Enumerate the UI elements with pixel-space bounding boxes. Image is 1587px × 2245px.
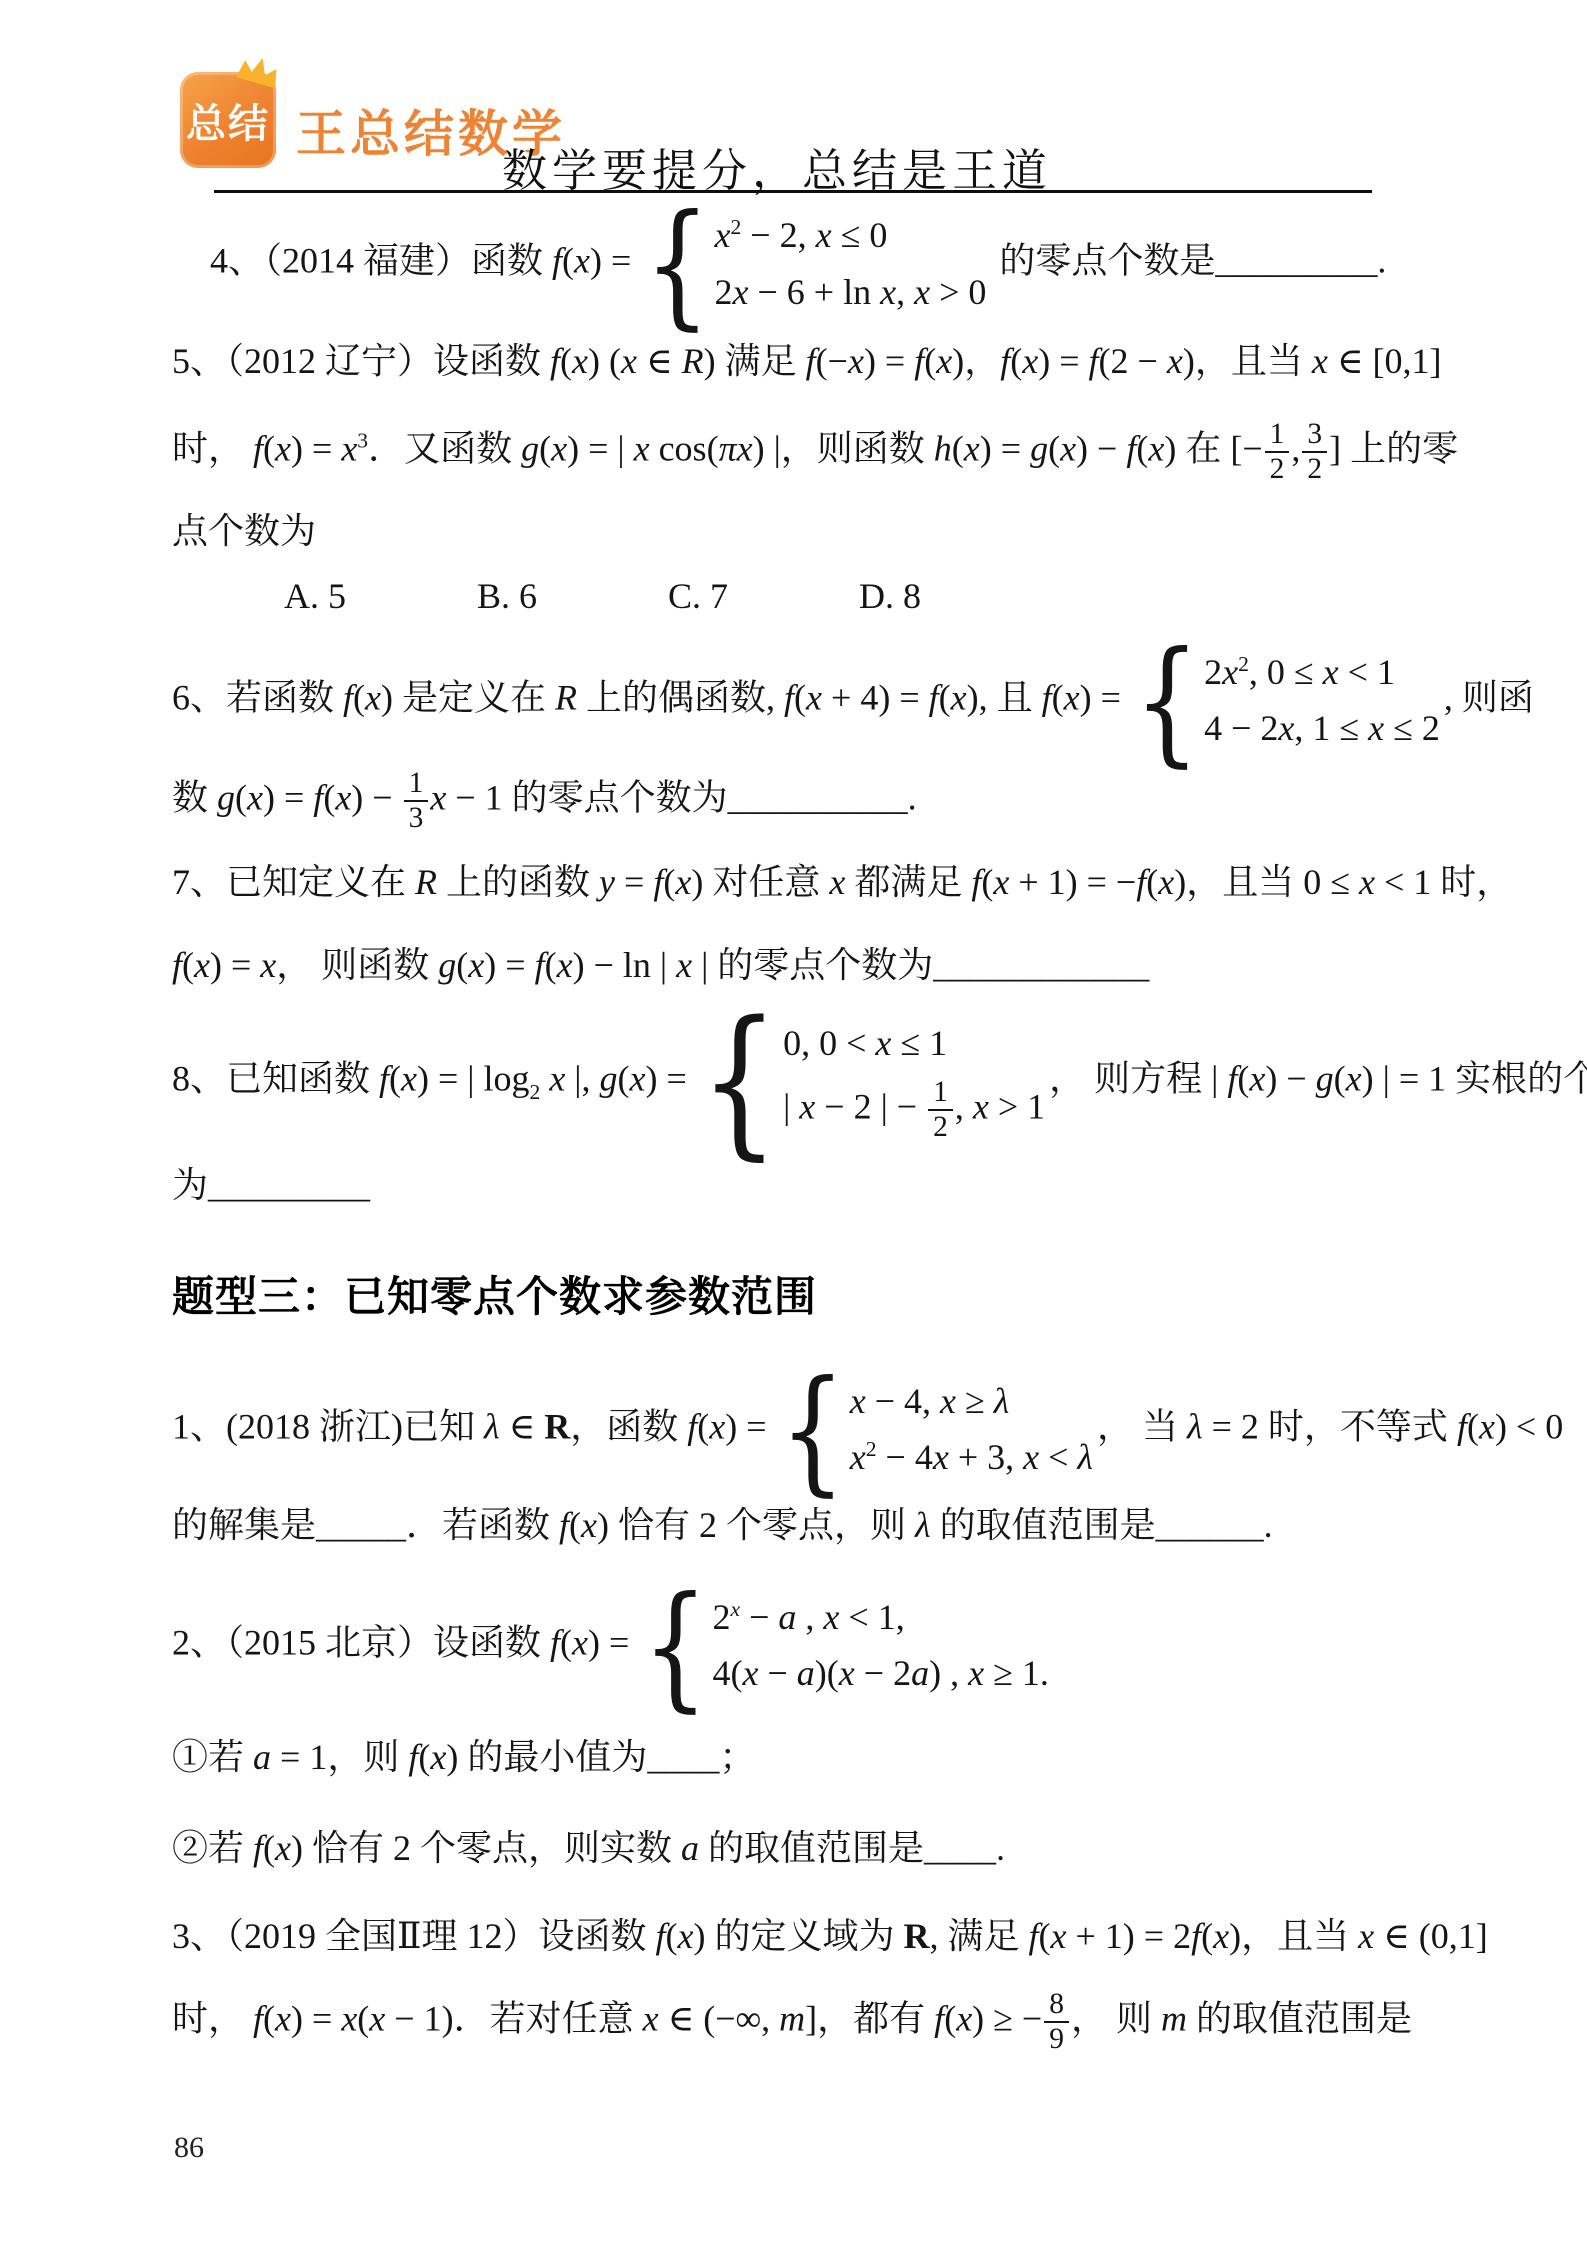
subscript: 2 <box>530 1080 541 1104</box>
fraction: 12 <box>926 1076 955 1144</box>
bold-run: R <box>544 1406 570 1446</box>
text-run: ( <box>618 1058 630 1098</box>
math-run: x <box>275 1828 291 1868</box>
text-run: ( <box>1136 428 1148 468</box>
text-run: ) − <box>351 777 401 817</box>
text-run: 7、已知定义在 <box>172 862 415 902</box>
text-run: ( <box>666 1916 678 1956</box>
math-run: a <box>778 1597 796 1637</box>
math-run: x <box>430 777 446 817</box>
math-run: f <box>313 777 323 817</box>
text-run: ) = <box>291 428 341 468</box>
math-run: x <box>581 1505 597 1545</box>
text-run: , 则函 <box>1444 677 1534 717</box>
text-run: 2 <box>713 1597 731 1637</box>
text-run: = 2 时，不等式 <box>1203 1406 1457 1446</box>
text-run: < <box>1039 1437 1077 1477</box>
math-run: x <box>968 1653 984 1693</box>
math-run: f <box>1227 1058 1237 1098</box>
text-run: ) 在 [− <box>1164 428 1262 468</box>
text-run: ∈ (0,1] <box>1374 1916 1488 1956</box>
text-run: )，且当 <box>1183 341 1312 381</box>
math-run: a <box>681 1828 699 1868</box>
text-run: | 的零点个数为 <box>692 945 933 985</box>
text-run: 时， <box>172 428 253 468</box>
math-run: f <box>1029 1916 1039 1956</box>
text-run: )，且当 0 ≤ <box>1174 862 1359 902</box>
math-run: f <box>971 862 981 902</box>
text-run: 2 <box>1204 652 1222 692</box>
text-run: ； <box>719 1737 755 1777</box>
math-run: x <box>715 215 731 255</box>
math-run: a <box>911 1653 929 1693</box>
section3-problem-3-line-2: 时， f(x) = x(x − 1)．若对任意 x ∈ (−∞, m]，都有 f… <box>172 1988 1440 2056</box>
math-run: f <box>687 1406 697 1446</box>
text-run: 数 <box>172 777 217 817</box>
math-run: x <box>260 945 276 985</box>
text-run: (− <box>816 341 848 381</box>
text-run: cos( <box>650 428 719 468</box>
text-run: < 1 <box>1339 652 1395 692</box>
math-run: x <box>621 341 637 381</box>
text-run: ， 则 <box>1071 1998 1161 2038</box>
math-run: g <box>521 428 539 468</box>
text-run: ) = <box>590 240 640 280</box>
cases-rows: 0, 0 < x ≤ 1| x − 2 | − 12, x > 1 <box>783 1020 1045 1145</box>
text-run: ( <box>263 428 275 468</box>
problem-5-line-2: 时， f(x) = x3．又函数 g(x) = | x cos(πx) |，则函… <box>172 418 1440 486</box>
math-run: f <box>1191 1916 1201 1956</box>
math-run: x <box>806 677 822 717</box>
denominator: 9 <box>1044 2023 1069 2056</box>
text-run: ) − ln | <box>573 945 677 985</box>
text-run: < 1, <box>839 1597 904 1637</box>
text-run: , 满足 <box>929 1916 1028 1956</box>
text-run: 4、（2014 福建）函数 <box>210 240 552 280</box>
text-run: 8、已知函数 <box>172 1058 379 1098</box>
text-run: − 2 | − <box>815 1087 926 1127</box>
math-run: R <box>682 341 704 381</box>
problem-5-options: A. 5 B. 6 C. 7 D. 8 <box>172 573 1440 621</box>
text-run: − <box>740 1597 778 1637</box>
text-run: . <box>908 777 917 817</box>
page-number: 86 <box>174 2131 204 2165</box>
text-run: ．又函数 <box>368 428 521 468</box>
math-run: x <box>936 341 952 381</box>
math-run: f <box>550 341 560 381</box>
text-run: ) − <box>1076 428 1126 468</box>
text-run: + 3, <box>949 1437 1023 1477</box>
math-run: f <box>379 1058 389 1098</box>
text-run: ①若 <box>172 1737 253 1777</box>
answer-blank: ____________ <box>933 945 1149 985</box>
cases-row: 0, 0 < x ≤ 1 <box>783 1020 1045 1068</box>
text-run: ) ( <box>588 341 621 381</box>
text-run: 时， <box>172 1998 253 2038</box>
math-run: f <box>552 240 562 280</box>
math-run: x <box>369 1998 385 2038</box>
cases-row: 4(x − a)(x − 2a) , x ≥ 1. <box>713 1650 1049 1698</box>
math-run: x <box>964 428 980 468</box>
superscript: 3 <box>357 428 368 452</box>
text-run: ( <box>924 341 936 381</box>
math-run: x <box>848 341 864 381</box>
cases-rows: 2x2, 0 ≤ x < 14 − 2x, 1 ≤ x ≤ 2 <box>1204 649 1440 753</box>
text-run: )， <box>952 341 1000 381</box>
text-run: = 1，则 <box>271 1737 408 1777</box>
cases-rows: 2x − a , x < 1,4(x − a)(x − 2a) , x ≥ 1. <box>713 1594 1049 1698</box>
text-run: ≥ <box>956 1381 994 1421</box>
cases-row: 2x − 6 + ln x, x > 0 <box>715 269 987 317</box>
text-run: − <box>758 1653 796 1693</box>
text-run: ]，都有 <box>805 1998 934 2038</box>
math-run: f <box>408 1737 418 1777</box>
problem-7-line-1: 7、已知定义在 R 上的函数 y = f(x) 对任意 x 都满足 f(x + … <box>172 859 1440 907</box>
text-run: ， 则方程 | <box>1049 1058 1227 1098</box>
header-divider <box>214 190 1372 193</box>
text-run: 为 <box>172 1165 208 1205</box>
math-run: x <box>1479 1406 1495 1446</box>
text-run: > 0 <box>930 272 986 312</box>
text-run: ( <box>456 945 468 985</box>
text-run: 点个数为 <box>172 511 316 551</box>
math-run: x <box>956 1998 972 2038</box>
text-run: 5、（2012 辽宁）设函数 <box>172 341 550 381</box>
math-run: R <box>555 677 577 717</box>
text-run: ) = <box>588 1622 638 1662</box>
text-run: 6、若函数 <box>172 677 343 717</box>
math-run: x <box>1323 652 1339 692</box>
numerator: 8 <box>1044 1988 1069 2023</box>
math-run: x <box>1222 652 1238 692</box>
text-run: 2、（2015 北京）设函数 <box>172 1622 550 1662</box>
problem-6-line-2: 数 g(x) = f(x) − 13x − 1 的零点个数为__________… <box>172 767 1440 835</box>
text-run: ( <box>1201 1916 1213 1956</box>
text-run: , <box>896 272 914 312</box>
math-run: f <box>914 341 924 381</box>
text-run: ( <box>389 1058 401 1098</box>
math-run: x <box>1249 1058 1265 1098</box>
crown-icon <box>233 50 285 92</box>
option-a: A. 5 <box>284 576 346 616</box>
text-run: + 1) = 2 <box>1067 1916 1192 1956</box>
text-run: ， 则函数 <box>276 945 438 985</box>
numerator: 1 <box>404 767 429 802</box>
text-run: 都满足 <box>845 862 971 902</box>
text-run: ( <box>981 862 993 902</box>
math-run: f <box>550 1622 560 1662</box>
text-run: 的取值范围是 <box>699 1828 924 1868</box>
text-run: ) − <box>1265 1058 1315 1098</box>
math-run: f <box>1457 1406 1467 1446</box>
math-run: x <box>1064 677 1080 717</box>
text-run: ( <box>353 677 365 717</box>
math-run: x <box>1312 341 1328 381</box>
piecewise-cases: {2x2, 0 ≤ x < 14 − 2x, 1 ≤ x ≤ 2 <box>1134 649 1440 753</box>
denominator: 2 <box>1265 453 1290 486</box>
numerator: 1 <box>928 1076 953 1111</box>
text-run: 1、(2018 浙江)已知 <box>172 1406 484 1446</box>
text-run: − 2 <box>855 1653 911 1693</box>
math-run: x <box>839 1653 855 1693</box>
text-run: 0, 0 < <box>783 1023 875 1063</box>
answer-blank: _________ <box>1215 240 1377 280</box>
logo-badge: 总结 <box>180 72 276 168</box>
problem-5-line-1: 5、（2012 辽宁）设函数 f(x) (x ∈ R) 满足 f(−x) = f… <box>172 338 1440 386</box>
text-run: ) = <box>263 777 313 817</box>
option-b: B. 6 <box>477 576 537 616</box>
text-run: ), 且 <box>967 677 1042 717</box>
text-run: ) ≥ − <box>972 1998 1042 2038</box>
math-run: x <box>341 428 357 468</box>
text-run: ) , <box>929 1653 968 1693</box>
math-run: g <box>217 777 235 817</box>
math-run: m <box>1161 1998 1187 2038</box>
superscript: 2 <box>866 1437 877 1461</box>
text-run: ≤ 0 <box>832 215 888 255</box>
text-run: ] 上的零 <box>1329 428 1458 468</box>
math-run: y <box>599 862 615 902</box>
math-run: x <box>551 428 567 468</box>
text-run: , 1 ≤ <box>1294 708 1368 748</box>
math-run: x <box>940 1381 956 1421</box>
math-run: x <box>799 1087 815 1127</box>
math-run: x <box>401 1058 417 1098</box>
text-run: − 4 <box>877 1437 933 1477</box>
answer-blank: __________ <box>728 777 908 817</box>
math-run: x <box>549 1058 565 1098</box>
math-run: λ <box>484 1406 500 1446</box>
cases-row: x2 − 4x + 3, x < λ <box>850 1434 1093 1482</box>
answer-blank: ____ <box>924 1828 996 1868</box>
math-run: h <box>934 428 952 468</box>
text-run: ∈ <box>500 1406 545 1446</box>
math-run: x <box>430 1737 446 1777</box>
math-run: x <box>880 272 896 312</box>
text-run: ) 对任意 <box>691 862 829 902</box>
math-run: x <box>1148 428 1164 468</box>
text-run <box>540 1058 549 1098</box>
denominator: 3 <box>404 802 429 835</box>
math-run: πx <box>719 428 753 468</box>
text-run: = <box>615 862 653 902</box>
text-run: ) 恰有 2 个零点，则 <box>597 1505 915 1545</box>
cases-row: 2x2, 0 ≤ x < 1 <box>1204 649 1440 697</box>
text-run: − 1 的零点个数为 <box>446 777 727 817</box>
text-run: ( <box>1467 1406 1479 1446</box>
math-run: x <box>1359 862 1375 902</box>
math-run: f <box>1136 862 1146 902</box>
text-run: ) = <box>210 945 260 985</box>
math-run: x <box>643 1998 659 2038</box>
text-run: ( <box>539 428 551 468</box>
answer-blank: _____ <box>316 1505 406 1545</box>
math-run: x <box>973 1087 989 1127</box>
math-run: f <box>653 862 663 902</box>
document-page: 总结 王总结数学 数学要提分，总结是王道 4、（2014 福建）函数 f(x) … <box>0 0 1587 2245</box>
text-run: ( <box>545 945 557 985</box>
text-run: . <box>1377 240 1386 280</box>
math-run: x <box>823 1597 839 1637</box>
text-run: ) | = 1 实根的个数 <box>1362 1058 1587 1098</box>
text-run: ( <box>1052 677 1064 717</box>
text-run: ) 的最小值为 <box>446 1737 647 1777</box>
bold-run: R <box>903 1916 929 1956</box>
math-run: x <box>1051 1916 1067 1956</box>
text-run: ( <box>1048 428 1060 468</box>
math-run: λ <box>915 1505 931 1545</box>
denominator: 2 <box>1302 453 1327 486</box>
math-run: f <box>253 1998 263 2038</box>
cases-row: x2 − 2, x ≤ 0 <box>715 212 987 260</box>
cases-row: 4 − 2x, 1 ≤ x ≤ 2 <box>1204 705 1440 753</box>
fraction: 13 <box>402 767 431 835</box>
section3-problem-1-line-1: 1、(2018 浙江)已知 λ ∈ R，函数 f(x) = {x − 4, x … <box>172 1378 1440 1482</box>
text-run: . <box>1264 1505 1273 1545</box>
text-run: ( <box>952 428 964 468</box>
fraction: 89 <box>1042 1988 1071 2056</box>
math-run: f <box>929 677 939 717</box>
text-run: ) = <box>980 428 1030 468</box>
math-run: x <box>1368 708 1384 748</box>
math-run: a <box>797 1653 815 1693</box>
text-run: )( <box>815 1653 839 1693</box>
text-run: ( <box>1146 862 1158 902</box>
section3-problem-2-sub-1: ①若 a = 1，则 f(x) 的最小值为____； <box>172 1734 1440 1782</box>
text-run: ) = | log <box>417 1058 530 1098</box>
math-run: x <box>850 1381 866 1421</box>
text-run: ( <box>697 1406 709 1446</box>
math-run: x <box>1278 708 1294 748</box>
text-run: ) = <box>864 341 914 381</box>
math-run: f <box>655 1916 665 1956</box>
math-run: x <box>951 677 967 717</box>
math-run: f <box>806 341 816 381</box>
text-run: , 0 ≤ <box>1249 652 1323 692</box>
math-run: f <box>1089 341 1099 381</box>
text-run: ( <box>357 1998 369 2038</box>
math-run: f <box>1000 341 1010 381</box>
text-run: ( <box>794 677 806 717</box>
cases-row: | x − 2 | − 12, x > 1 <box>783 1076 1045 1144</box>
text-run: ( <box>939 677 951 717</box>
math-run: λ <box>994 1381 1010 1421</box>
math-run: f <box>253 1828 263 1868</box>
text-run: 2 <box>715 272 733 312</box>
text-run: ) = <box>484 945 534 985</box>
fraction: 32 <box>1300 418 1329 486</box>
text-run: + 1) = − <box>1009 862 1136 902</box>
text-run: 4( <box>713 1653 743 1693</box>
math-run: f <box>343 677 353 717</box>
math-run: R <box>415 862 437 902</box>
math-run: f <box>253 428 263 468</box>
math-run: g <box>438 945 456 985</box>
text-run: ) = <box>646 1058 696 1098</box>
math-run: x <box>1158 862 1174 902</box>
text-run: − 2, <box>741 215 815 255</box>
math-run: x <box>1358 1916 1374 1956</box>
text-run: ( <box>323 777 335 817</box>
text-run: ( <box>569 1505 581 1545</box>
math-run: x <box>574 240 590 280</box>
text-run: 的取值范围是 <box>931 1505 1156 1545</box>
math-run: x <box>572 341 588 381</box>
answer-blank: ____ <box>647 1737 719 1777</box>
math-run: x <box>468 945 484 985</box>
math-run: x <box>875 1023 891 1063</box>
text-run: ( <box>1010 341 1022 381</box>
math-run: x <box>1167 341 1183 381</box>
text-run: |, <box>565 1058 599 1098</box>
math-run: x <box>1023 1437 1039 1477</box>
denominator: 2 <box>928 1111 953 1144</box>
text-run: ≤ 1 <box>891 1023 947 1063</box>
text-run: ) 恰有 2 个零点，则实数 <box>291 1828 681 1868</box>
logo-badge-text: 总结 <box>186 92 270 149</box>
text-run: > 1 <box>989 1087 1045 1127</box>
text-run: ) = | <box>567 428 634 468</box>
text-run: ， 当 <box>1097 1406 1187 1446</box>
text-run: ) 满足 <box>704 341 806 381</box>
piecewise-cases: {x2 − 2, x ≤ 02x − 6 + ln x, x > 0 <box>644 212 986 316</box>
math-run: x <box>675 862 691 902</box>
math-run: x <box>365 677 381 717</box>
fraction: 12 <box>1263 418 1292 486</box>
math-run: g <box>1316 1058 1334 1098</box>
text-run: ∈ [0,1] <box>1328 341 1442 381</box>
superscript: 2 <box>1238 652 1249 676</box>
math-run: x <box>743 1653 759 1693</box>
math-run: x <box>1022 341 1038 381</box>
math-run: x <box>914 272 930 312</box>
text-run: , <box>955 1087 973 1127</box>
text-run: 4 − 2 <box>1204 708 1278 748</box>
math-run: f <box>1042 677 1052 717</box>
text-run: 的取值范围是 <box>1187 1998 1412 2038</box>
math-run: x <box>816 215 832 255</box>
text-run: ) = <box>725 1406 775 1446</box>
math-run: x <box>733 272 749 312</box>
text-run: ) 的定义域为 <box>693 1916 903 1956</box>
text-run: ( <box>182 945 194 985</box>
math-run: f <box>559 1505 569 1545</box>
option-d: D. 8 <box>859 576 921 616</box>
cases-rows: x − 4, x ≥ λx2 − 4x + 3, x < λ <box>850 1378 1093 1482</box>
text-run: ②若 <box>172 1828 253 1868</box>
math-run: f <box>784 677 794 717</box>
math-run: f <box>1126 428 1136 468</box>
math-run: x <box>1213 1916 1229 1956</box>
math-run: x <box>572 1622 588 1662</box>
problem-4-line-1: 4、（2014 福建）函数 f(x) = {x2 − 2, x ≤ 02x − … <box>172 212 1440 316</box>
text-run: , <box>1291 428 1300 468</box>
text-run: (2 − <box>1099 341 1167 381</box>
text-run: ( <box>263 1998 275 2038</box>
math-run: x <box>194 945 210 985</box>
answer-blank: _________ <box>208 1165 370 1205</box>
superscript: x <box>731 1597 741 1621</box>
text-run: 上的偶函数, <box>577 677 784 717</box>
math-run: f <box>172 945 182 985</box>
math-run: λ <box>1077 1437 1093 1477</box>
text-run: ∈ <box>637 341 682 381</box>
problem-8-line-2: 为_________ <box>172 1162 1440 1210</box>
math-run: x <box>1346 1058 1362 1098</box>
text-run: − 4, <box>866 1381 940 1421</box>
text-run: ) = <box>291 1998 341 2038</box>
section3-problem-3-line-1: 3、（2019 全国Ⅱ理 12）设函数 f(x) 的定义域为 R, 满足 f(x… <box>172 1913 1440 1961</box>
